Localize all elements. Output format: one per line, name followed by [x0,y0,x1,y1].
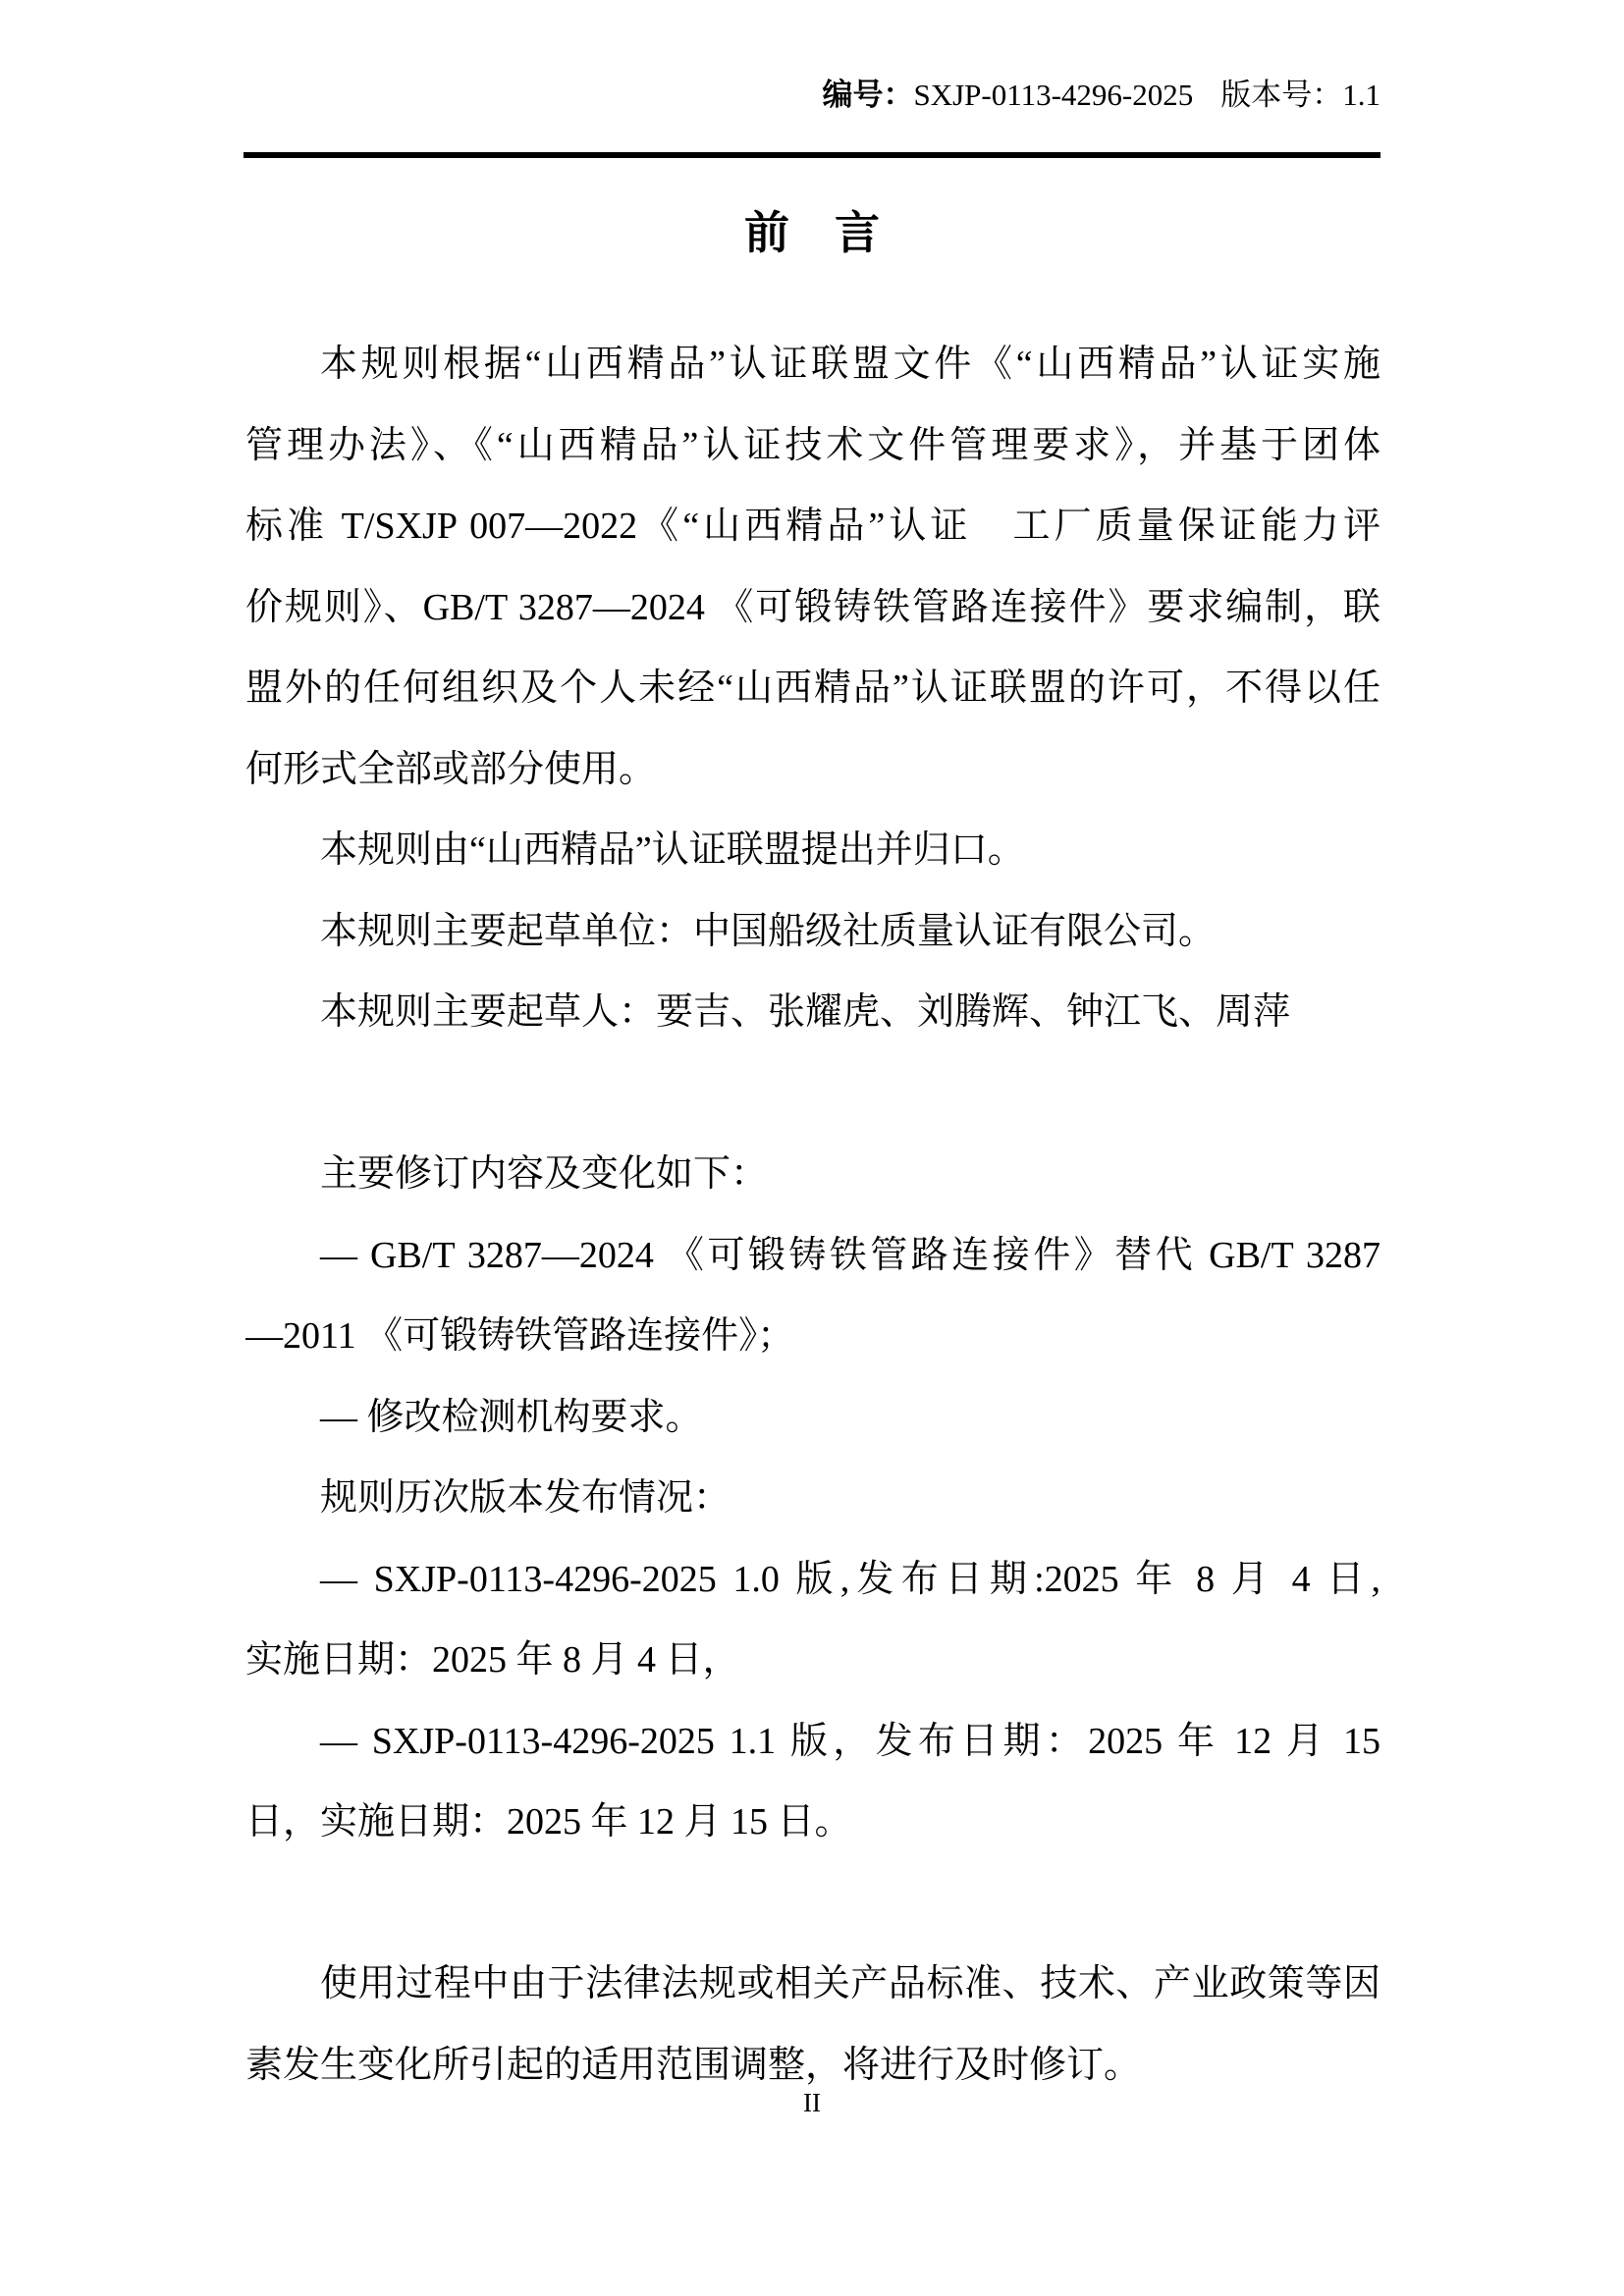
text-line: 日，实施日期：2025 年 12 月 15 日。 [245,1782,1380,1863]
text-line: 本规则由“山西精品”认证联盟提出并归口。 [245,810,1380,891]
text-line: — SXJP-0113-4296-2025 1.0 版,发布日期:2025 年 … [245,1539,1380,1621]
header-rule [244,152,1380,158]
text-line: — SXJP-0113-4296-2025 1.1 版，发布日期：2025 年 … [245,1701,1380,1783]
text-line: —2011 《可锻铸铁管路连接件》； [245,1296,1380,1377]
blank-line [245,1053,1380,1135]
text-line: 实施日期：2025 年 8 月 4 日， [245,1620,1380,1701]
text-line: 本规则主要起草单位：中国船级社质量认证有限公司。 [245,891,1380,973]
page-title: 前 言 [0,202,1624,265]
doc-version-value: 1.1 [1342,78,1380,112]
doc-number-label: 编号： [822,78,913,112]
text-line: 管理办法》、《“山西精品”认证技术文件管理要求》，并基于团体 [245,405,1380,487]
text-line: 何形式全部或部分使用。 [245,729,1380,811]
text-line: 价规则》、GB/T 3287—2024 《可锻铸铁管路连接件》要求编制，联 [245,567,1380,649]
text-line: 标准 T/SXJP 007—2022《“山西精品”认证 工厂质量保证能力评 [245,486,1380,567]
document-body: 本规则根据“山西精品”认证联盟文件《“山西精品”认证实施管理办法》、《“山西精品… [245,324,1380,2106]
doc-version-label: 版本号： [1220,78,1342,112]
text-line: 规则历次版本发布情况： [245,1458,1380,1539]
text-line: 盟外的任何组织及个人未经“山西精品”认证联盟的许可，不得以任 [245,648,1380,729]
text-line: — 修改检测机构要求。 [245,1377,1380,1459]
text-line: 本规则根据“山西精品”认证联盟文件《“山西精品”认证实施 [245,324,1380,405]
document-page: 编号：SXJP-0113-4296-2025版本号：1.1 前 言 本规则根据“… [0,0,1624,2296]
page-number: II [803,2088,821,2117]
text-line: — GB/T 3287—2024 《可锻铸铁管路连接件》替代 GB/T 3287 [245,1215,1380,1297]
doc-number-value: SXJP-0113-4296-2025 [913,78,1193,112]
text-line: 本规则主要起草人：要吉、张耀虎、刘腾辉、钟江飞、周萍 [245,972,1380,1053]
text-line: 主要修订内容及变化如下： [245,1134,1380,1215]
blank-line [245,1863,1380,1945]
page-header: 编号：SXJP-0113-4296-2025版本号：1.1 [244,77,1380,114]
page-footer: II [0,2087,1624,2118]
text-line: 使用过程中由于法律法规或相关产品标准、技术、产业政策等因 [245,1944,1380,2025]
